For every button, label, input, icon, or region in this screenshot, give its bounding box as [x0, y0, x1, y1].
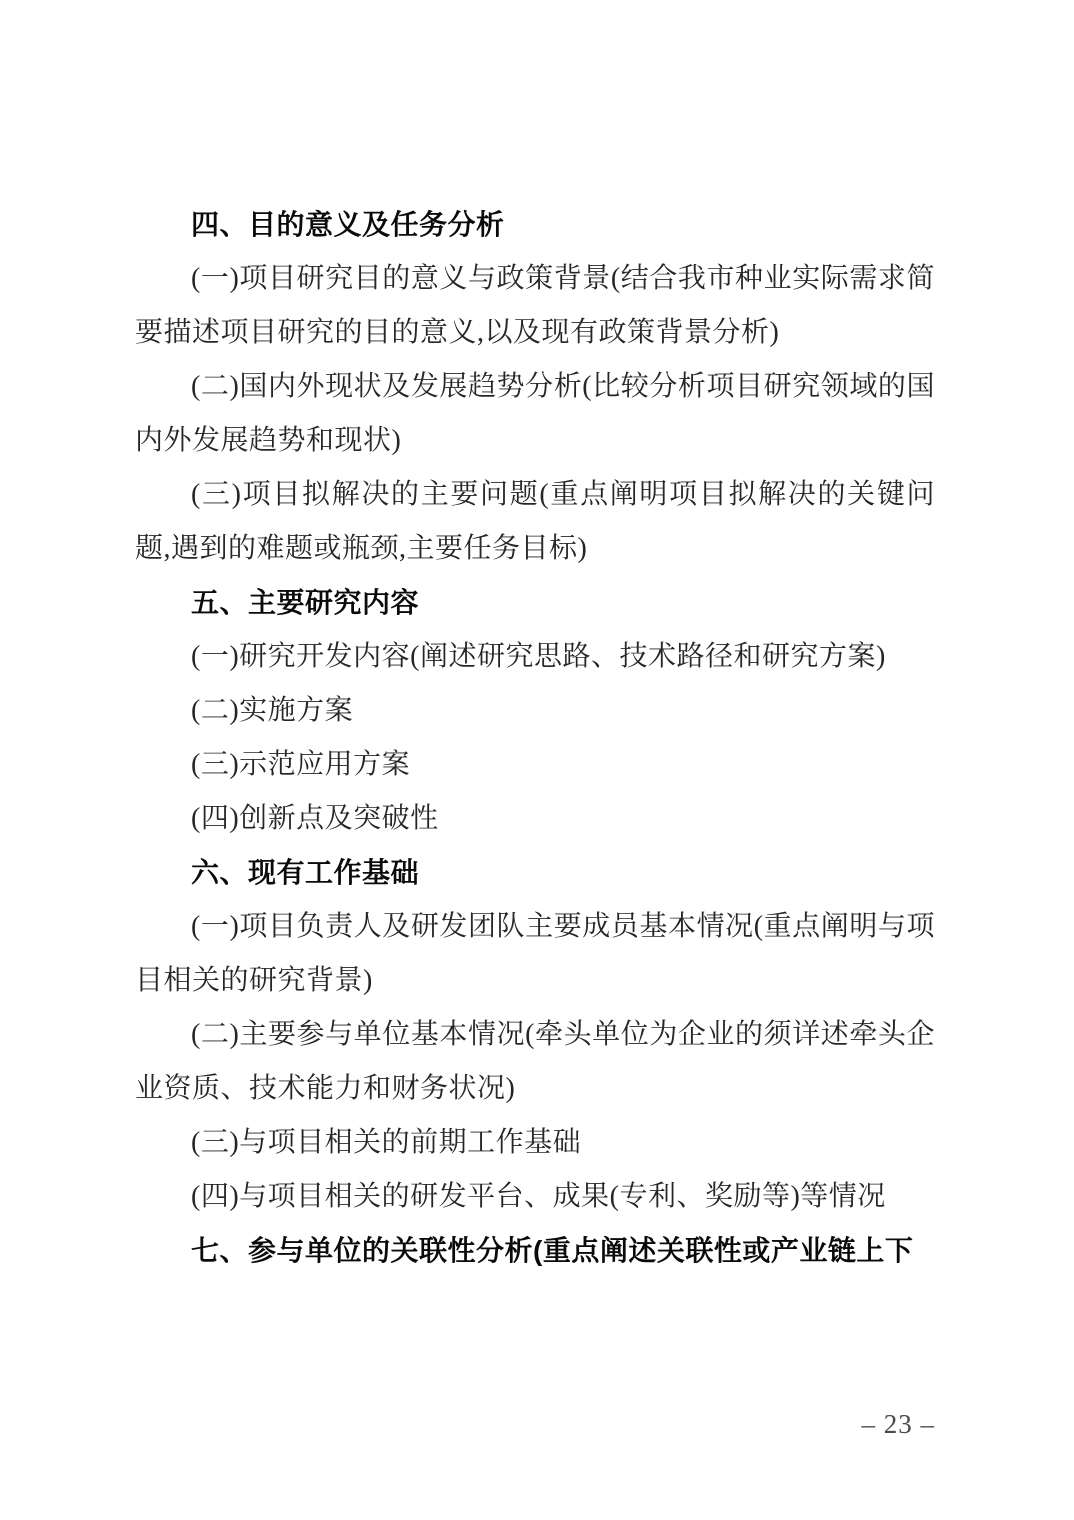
paragraph: (二)实施方案	[135, 684, 935, 738]
paragraph: (一)项目研究目的意义与政策背景(结合我市种业实际需求简要描述项目研究的目的意义…	[135, 252, 935, 360]
paragraph: (三)与项目相关的前期工作基础	[135, 1116, 935, 1170]
paragraph: (二)国内外现状及发展趋势分析(比较分析项目研究领域的国内外发展趋势和现状)	[135, 360, 935, 468]
section-heading: 六、现有工作基础	[135, 846, 935, 900]
paragraph: (二)主要参与单位基本情况(牵头单位为企业的须详述牵头企业资质、技术能力和财务状…	[135, 1008, 935, 1116]
paragraph: (四)与项目相关的研发平台、成果(专利、奖励等)等情况	[135, 1170, 935, 1224]
document-body: 四、目的意义及任务分析(一)项目研究目的意义与政策背景(结合我市种业实际需求简要…	[135, 198, 935, 1278]
page-number: – 23 –	[862, 1408, 936, 1440]
section-heading: 七、参与单位的关联性分析(重点阐述关联性或产业链上下	[135, 1224, 935, 1278]
paragraph: (三)示范应用方案	[135, 738, 935, 792]
paragraph: (一)研究开发内容(阐述研究思路、技术路径和研究方案)	[135, 630, 935, 684]
paragraph: (四)创新点及突破性	[135, 792, 935, 846]
paragraph: (一)项目负责人及研发团队主要成员基本情况(重点阐明与项目相关的研究背景)	[135, 900, 935, 1008]
document-page: 四、目的意义及任务分析(一)项目研究目的意义与政策背景(结合我市种业实际需求简要…	[0, 0, 1074, 1520]
paragraph: (三)项目拟解决的主要问题(重点阐明项目拟解决的关键问题,遇到的难题或瓶颈,主要…	[135, 468, 935, 576]
section-heading: 四、目的意义及任务分析	[135, 198, 935, 252]
section-heading: 五、主要研究内容	[135, 576, 935, 630]
